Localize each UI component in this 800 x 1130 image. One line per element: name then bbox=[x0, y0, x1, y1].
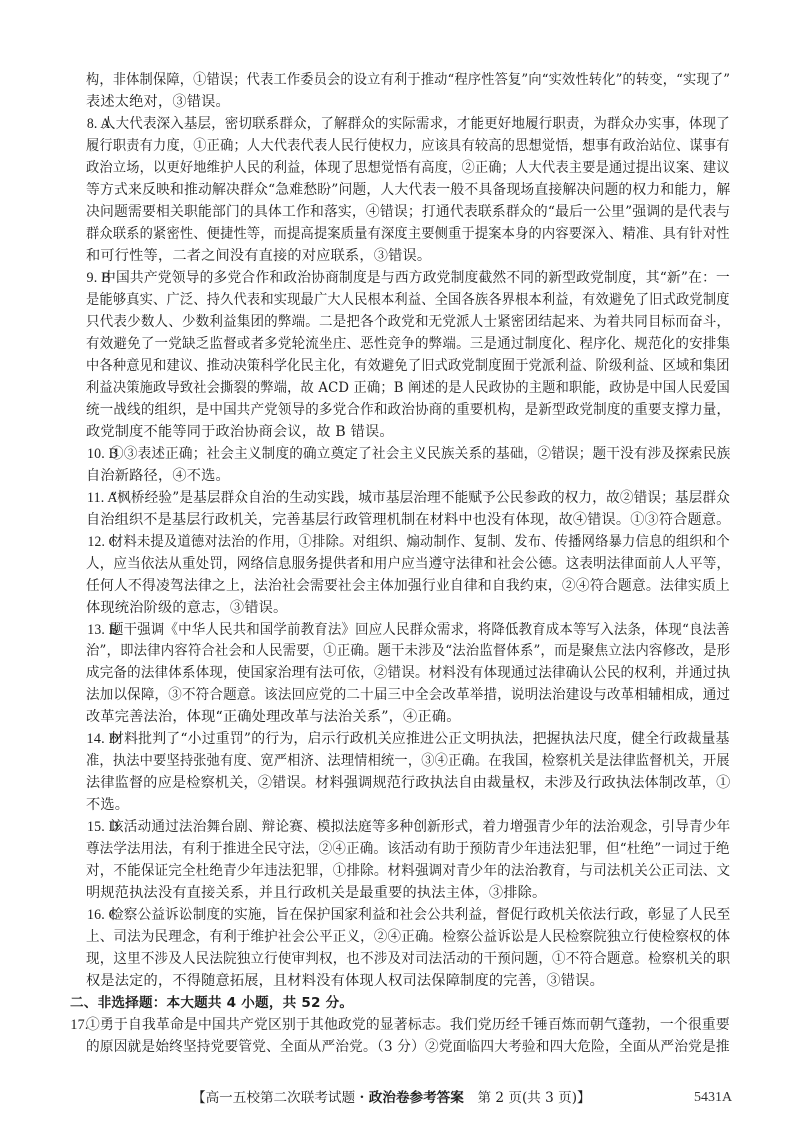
line-text: 人大代表深入基层，密切联系群众，了解群众的实际需求，才能更好地履行职责，为群众办… bbox=[102, 116, 730, 132]
answer-item-start: 10. B①③表述正确；社会主义制度的确立奠定了社会主义民族关系的基础，②错误；… bbox=[110, 443, 730, 465]
answer-item-start: 16. C检察公益诉讼制度的实施，旨在保护国家利益和社会公共利益，督促行政机关依… bbox=[110, 904, 730, 926]
answer-line: 权是法定的，不得随意拓展，且材料没有体现人权司法保障制度的完善，③错误。 bbox=[86, 970, 604, 992]
answer-line: 统一战线的组织，是中国共产党领导的多党合作和政治协商的重要机构，是新型政党制度的… bbox=[86, 399, 730, 421]
line-text: 和可行性等，二者之间没有直接的对应联系，③错误。 bbox=[86, 248, 431, 264]
answer-line: 尊法学法用法，有利于推进全民守法，②④正确。该活动有助于预防青少年违法犯罪，但“… bbox=[86, 838, 730, 860]
line-text: 等方式来反映和推动解决群众“急难愁盼”问题，人大代表一般不具备现场直接解决问题的… bbox=[86, 182, 730, 198]
line-text: 法加以保障，③不符合题意。该法回应党的二十届三中全会改革举措，说明法治建设与改革… bbox=[86, 687, 730, 703]
answer-line: 对，不能保证完全杜绝青少年违法犯罪，①排除。材料强调对青少年的法治教育，与司法机… bbox=[86, 860, 730, 882]
line-text: 现，这里不涉及人民法院独立行使审判权，也不涉及对司法活动的干预问题，①不符合题意… bbox=[86, 951, 730, 967]
answer-item-start: 8. A人大代表深入基层，密切联系群众，了解群众的实际需求，才能更好地履行职责，… bbox=[102, 113, 730, 135]
line-text: 对，不能保证完全杜绝青少年违法犯罪，①排除。材料强调对青少年的法治教育，与司法机… bbox=[86, 863, 730, 879]
question-number: 8. A bbox=[87, 113, 111, 135]
question-number: 11. A bbox=[87, 487, 118, 509]
section-heading: 二、非选择题：本大题共 4 小题，共 52 分。 bbox=[70, 992, 353, 1014]
answer-item-start: 12. C材料未提及道德对法治的作用，①排除。对组织、煽动制作、复制、发布、传播… bbox=[110, 531, 730, 553]
question-number: 12. C bbox=[88, 531, 118, 553]
answer-line: 政党制度不能等同于政治协商会议，故 B 错误。 bbox=[86, 421, 394, 443]
answer-line: 群众联系的紧密性、便捷性等，而提高提案质量有深度主要侧重于提案本身的内容要深入、… bbox=[86, 223, 730, 245]
line-text: 是能够真实、广泛、持久代表和实现最广大人民根本利益、全国各族各界根本利益，有效避… bbox=[86, 292, 730, 308]
question-number: 15. D bbox=[87, 816, 119, 838]
answer-line: 是能够真实、广泛、持久代表和实现最广大人民根本利益、全国各族各界根本利益，有效避… bbox=[86, 289, 730, 311]
line-text: 群众联系的紧密性、便捷性等，而提高提案质量有深度主要侧重于提案本身的内容要深入、… bbox=[86, 226, 730, 242]
answer-line: 有效避免了一党缺乏监督或者多党轮流坐庄、恶性竞争的弊端。三是通过制度化、程序化、… bbox=[86, 333, 730, 355]
line-text: 尊法学法用法，有利于推进全民守法，②④正确。该活动有助于预防青少年违法犯罪，但“… bbox=[86, 841, 730, 857]
answer-line: 现，这里不涉及人民法院独立行使审判权，也不涉及对司法活动的干预问题，①不符合题意… bbox=[86, 948, 730, 970]
line-text: 材料未提及道德对法治的作用，①排除。对组织、煽动制作、复制、发布、传播网络暴力信… bbox=[110, 534, 730, 550]
answer-line: 政治立场，以更好地维护人民的利益，体现了思想觉悟有高度，②正确；人大代表主要是通… bbox=[86, 157, 730, 179]
line-text: “枫桥经验”是基层群众自治的生动实践，城市基层治理不能赋予公民参政的权力，故②错… bbox=[110, 490, 730, 506]
line-text: 任何人不得凌驾法律之上，法治社会需要社会主体加强行业自律和自我约束，②④符合题意… bbox=[86, 578, 730, 594]
line-text: 改革完善法治，体现“正确处理改革与法治关系”，④正确。 bbox=[86, 709, 461, 725]
line-text: 政治立场，以更好地维护人民的利益，体现了思想觉悟有高度，②正确；人大代表主要是通… bbox=[86, 160, 730, 176]
line-text: 成完备的法律体系体现，使国家治理有法可依，②错误。材料没有体现通过法律确认公民的… bbox=[86, 665, 730, 681]
line-text: 履行职责有力度，①正确；人大代表代表人民行使权力，应该具有较高的思想觉悟，想事有… bbox=[86, 138, 730, 154]
line-text: 政党制度不能等同于政治协商会议，故 B 错误。 bbox=[86, 424, 394, 440]
line-text: 决问题需要相关职能部门的具体工作和落实，④错误；打通代表联系群众的“最后一公里”… bbox=[86, 204, 730, 220]
footer-page-number: 第 2 页(共 3 页)】 bbox=[464, 1090, 591, 1106]
line-text: 人，应当依法从重处罚，网络信息服务提供者和用户应当遵守法律和社会公德。这表明法律… bbox=[86, 556, 730, 572]
answer-line: 决问题需要相关职能部门的具体工作和落实，④错误；打通代表联系群众的“最后一公里”… bbox=[86, 201, 730, 223]
answer-line: 改革完善法治，体现“正确处理改革与法治关系”，④正确。 bbox=[86, 706, 461, 728]
answer-line: 只代表少数人、少数利益集团的弊端。二是把各个政党和无党派人士紧密团结起来、为着共… bbox=[86, 311, 730, 333]
question-number: 10. B bbox=[87, 443, 118, 465]
line-text: 检察公益诉讼制度的实施，旨在保护国家利益和社会公共利益，督促行政机关依法行政，彰… bbox=[110, 907, 730, 923]
line-text: 的原因就是始终坚持党要管党、全面从严治党。（3 分）②党面临四大考验和四大危险，… bbox=[86, 1039, 730, 1055]
answer-line: 成完备的法律体系体现，使国家治理有法可依，②错误。材料没有体现通过法律确认公民的… bbox=[86, 662, 730, 684]
footer-subject: 政治卷参考答案 bbox=[369, 1090, 464, 1106]
answer-line: 利益决策施政导致社会撕裂的弊端，故 ACD 正确；B 阐述的是人民政协的主题和职… bbox=[86, 377, 730, 399]
question-number: 16. C bbox=[87, 904, 118, 926]
answer-line: 自治新路径，④不选。 bbox=[86, 465, 230, 487]
answer-line: 明规范执法没有直接关系，并且行政机关是最重要的执法主体，③排除。 bbox=[86, 882, 546, 904]
line-text: 材料批判了“小过重罚”的行为，启示行政机关应推进公正文明执法，把握执法尺度，健全… bbox=[110, 731, 730, 747]
answer-item-start: 11. A“枫桥经验”是基层群众自治的生动实践，城市基层治理不能赋予公民参政的权… bbox=[110, 487, 730, 509]
answer-line: 履行职责有力度，①正确；人大代表代表人民行使权力，应该具有较高的思想觉悟，想事有… bbox=[86, 135, 730, 157]
answer-line: 的原因就是始终坚持党要管党、全面从严治党。（3 分）②党面临四大考验和四大危险，… bbox=[86, 1036, 730, 1058]
answer-line: 表述太绝对，③错误。 bbox=[86, 91, 230, 113]
answer-line: 任何人不得凌驾法律之上，法治社会需要社会主体加强行业自律和自我约束，②④符合题意… bbox=[86, 575, 730, 597]
line-text: 利益决策施政导致社会撕裂的弊端，故 ACD 正确；B 阐述的是人民政协的主题和职… bbox=[86, 380, 730, 396]
line-text: 中各种意见和建议、推动决策科学化民主化，有效避免了旧式政党制度囿于党派利益、阶级… bbox=[86, 358, 730, 374]
answer-line: 人，应当依法从重处罚，网络信息服务提供者和用户应当遵守法律和社会公德。这表明法律… bbox=[86, 553, 730, 575]
answer-line: 上、司法为民理念，有利于维护社会公平正义，②④正确。检察公益诉讼是人民检察院独立… bbox=[86, 926, 730, 948]
line-text: 自治组织不是基层行政机关，完善基层行政管理机制在材料中也没有体现，故④错误。①③… bbox=[86, 512, 730, 528]
question-number: 13. B bbox=[87, 619, 118, 641]
answer-item-start: 17.①勇于自我革命是中国共产党区别于其他政党的显著标志。我们党历经千锤百炼而朝… bbox=[86, 1014, 730, 1036]
answer-item-start: 9. B中国共产党领导的多党合作和政治协商制度是与西方政党制度截然不同的新型政党… bbox=[102, 267, 730, 289]
line-text: 上、司法为民理念，有利于维护社会公平正义，②④正确。检察公益诉讼是人民检察院独立… bbox=[86, 929, 730, 945]
line-text: 有效避免了一党缺乏监督或者多党轮流坐庄、恶性竞争的弊端。三是通过制度化、程序化、… bbox=[86, 336, 730, 352]
line-text: 法律监督的应是检察机关，②错误。材料强调规范行政执法自由裁量权，未涉及行政执法体… bbox=[86, 775, 730, 791]
line-text: 中国共产党领导的多党合作和政治协商制度是与西方政党制度截然不同的新型政党制度，其… bbox=[102, 270, 730, 286]
line-text: 二、非选择题：本大题共 4 小题，共 52 分。 bbox=[70, 995, 353, 1011]
line-text: 体现统治阶级的意志，③错误。 bbox=[86, 600, 287, 616]
question-number: 9. B bbox=[86, 267, 110, 289]
answer-line: 体现统治阶级的意志，③错误。 bbox=[86, 597, 287, 619]
answer-line: 和可行性等，二者之间没有直接的对应联系，③错误。 bbox=[86, 245, 431, 267]
answer-line: 准，执法中要坚持张弛有度、宽严相济、法理情相统一，③④正确。在我国，检察机关是法… bbox=[86, 750, 730, 772]
line-text: ①③表述正确；社会主义制度的确立奠定了社会主义民族关系的基础，②错误；题干没有涉… bbox=[110, 446, 730, 462]
answer-line: 中各种意见和建议、推动决策科学化民主化，有效避免了旧式政党制度囿于党派利益、阶级… bbox=[86, 355, 730, 377]
answer-item-start: 15. D该活动通过法治舞台剧、辩论赛、模拟法庭等多种创新形式，着力增强青少年的… bbox=[110, 816, 730, 838]
paper-code: 5431A bbox=[694, 1087, 732, 1109]
answer-line: 不选。 bbox=[86, 794, 129, 816]
page-footer: 【高一五校第二次联考试题・政治卷参考答案 第 2 页(共 3 页)】 bbox=[192, 1087, 591, 1109]
line-text: 题干强调《中华人民共和国学前教育法》回应人民群众需求，将降低教育成本等写入法条，… bbox=[110, 622, 730, 638]
line-text: 准，执法中要坚持张弛有度、宽严相济、法理情相统一，③④正确。在我国，检察机关是法… bbox=[86, 753, 730, 769]
answer-line: 法律监督的应是检察机关，②错误。材料强调规范行政执法自由裁量权，未涉及行政执法体… bbox=[86, 772, 730, 794]
question-number: 17. bbox=[70, 1014, 88, 1036]
line-text: 统一战线的组织，是中国共产党领导的多党合作和政治协商的重要机构，是新型政党制度的… bbox=[86, 402, 730, 418]
line-text: 权是法定的，不得随意拓展，且材料没有体现人权司法保障制度的完善，③错误。 bbox=[86, 973, 604, 989]
line-text: 不选。 bbox=[86, 797, 129, 813]
answer-line: 等方式来反映和推动解决群众“急难愁盼”问题，人大代表一般不具备现场直接解决问题的… bbox=[86, 179, 730, 201]
line-text: 只代表少数人、少数利益集团的弊端。二是把各个政党和无党派人士紧密团结起来、为着共… bbox=[86, 314, 730, 330]
line-text: 表述太绝对，③错误。 bbox=[86, 94, 230, 110]
footer-title: 【高一五校第二次联考试题・ bbox=[192, 1090, 369, 1106]
answer-line: 治”，即法律内容符合社会和人民需要，①正确。题干未涉及“法治监督体系”，而是聚焦… bbox=[86, 640, 730, 662]
line-text: 构，非体制保障，①错误；代表工作委员会的设立有利于推动“程序性答复”向“实效性转… bbox=[86, 72, 730, 88]
line-text: 该活动通过法治舞台剧、辩论赛、模拟法庭等多种创新形式，着力增强青少年的法治观念，… bbox=[110, 819, 730, 835]
answer-line: 自治组织不是基层行政机关，完善基层行政管理机制在材料中也没有体现，故④错误。①③… bbox=[86, 509, 730, 531]
line-text: ①勇于自我革命是中国共产党区别于其他政党的显著标志。我们党历经千锤百炼而朝气蓬勃… bbox=[86, 1017, 730, 1033]
answer-item-start: 13. B题干强调《中华人民共和国学前教育法》回应人民群众需求，将降低教育成本等… bbox=[110, 619, 730, 641]
answer-line: 构，非体制保障，①错误；代表工作委员会的设立有利于推动“程序性答复”向“实效性转… bbox=[86, 69, 730, 91]
line-text: 治”，即法律内容符合社会和人民需要，①正确。题干未涉及“法治监督体系”，而是聚焦… bbox=[86, 643, 730, 659]
answer-line: 法加以保障，③不符合题意。该法回应党的二十届三中全会改革举措，说明法治建设与改革… bbox=[86, 684, 730, 706]
question-number: 14. D bbox=[87, 728, 120, 750]
line-text: 明规范执法没有直接关系，并且行政机关是最重要的执法主体，③排除。 bbox=[86, 885, 546, 901]
line-text: 自治新路径，④不选。 bbox=[86, 468, 230, 484]
answer-item-start: 14. D材料批判了“小过重罚”的行为，启示行政机关应推进公正文明执法，把握执法… bbox=[110, 728, 730, 750]
